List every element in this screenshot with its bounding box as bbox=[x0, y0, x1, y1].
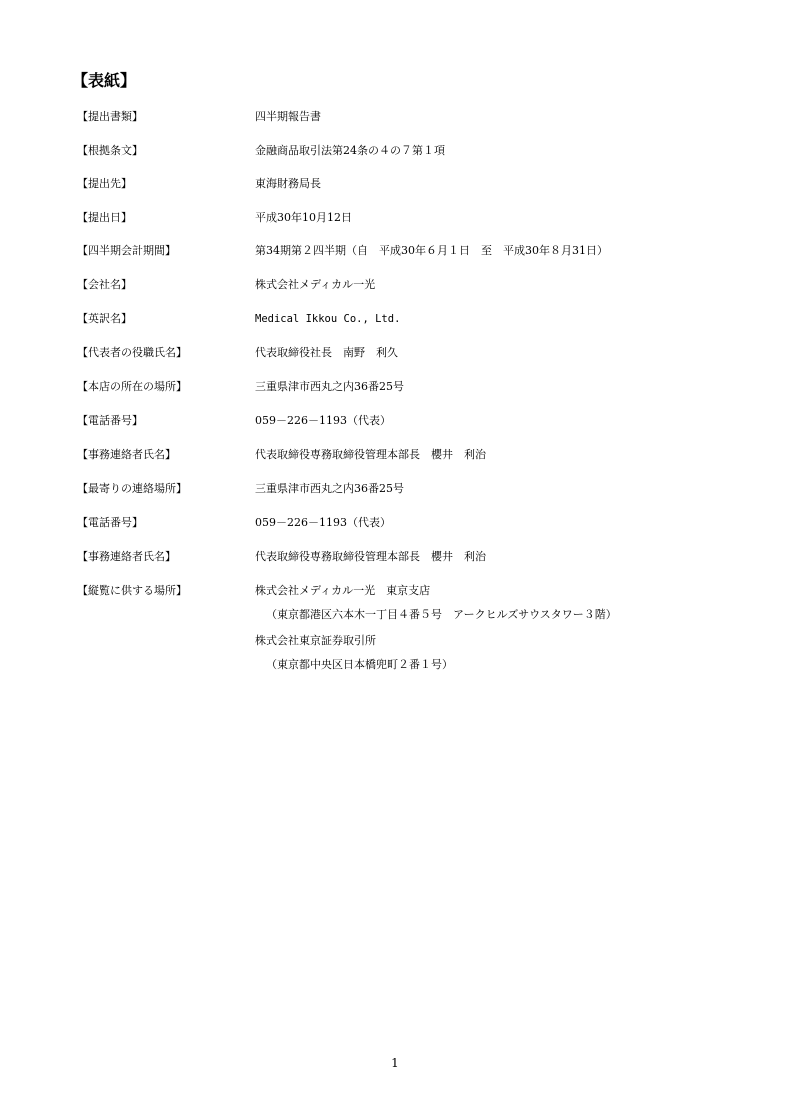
inspection-place-address: （東京都中央区日本橋兜町２番１号） bbox=[255, 658, 617, 672]
field-value: 三重県津市西丸之内36番25号 bbox=[255, 380, 404, 394]
field-value: 平成30年10月12日 bbox=[255, 211, 352, 225]
field-label: 【代表者の役職氏名】 bbox=[77, 346, 187, 360]
field-value: 三重県津市西丸之内36番25号 bbox=[255, 482, 404, 496]
field-value: 代表取締役専務取締役管理本部長 櫻井 利治 bbox=[255, 448, 486, 462]
field-label: 【会社名】 bbox=[77, 278, 132, 292]
inspection-place-name: 株式会社メディカル一光 東京支店 bbox=[255, 584, 617, 598]
field-value: Medical Ikkou Co., Ltd. bbox=[255, 312, 400, 326]
field-value: 第34期第２四半期（自 平成30年６月１日 至 平成30年８月31日） bbox=[255, 244, 608, 258]
field-value: 株式会社メディカル一光 東京支店 （東京都港区六本木一丁目４番５号 アークヒルズ… bbox=[255, 584, 617, 672]
field-label: 【四半期会計期間】 bbox=[77, 244, 176, 258]
field-label: 【提出書類】 bbox=[77, 110, 143, 124]
field-value: 059－226－1193（代表） bbox=[255, 516, 391, 530]
field-value: 代表取締役社長 南野 利久 bbox=[255, 346, 398, 360]
field-label: 【本店の所在の場所】 bbox=[77, 380, 187, 394]
field-value: 金融商品取引法第24条の４の７第１項 bbox=[255, 144, 445, 158]
field-label: 【最寄りの連絡場所】 bbox=[77, 482, 187, 496]
field-label: 【縦覧に供する場所】 bbox=[77, 584, 187, 598]
field-value: 059－226－1193（代表） bbox=[255, 414, 391, 428]
field-label: 【電話番号】 bbox=[77, 516, 143, 530]
field-label: 【根拠条文】 bbox=[77, 144, 143, 158]
field-value: 代表取締役専務取締役管理本部長 櫻井 利治 bbox=[255, 550, 486, 564]
spacer bbox=[255, 622, 617, 634]
field-label: 【提出日】 bbox=[77, 211, 132, 225]
inspection-place-name: 株式会社東京証券取引所 bbox=[255, 634, 617, 648]
inspection-place-address: （東京都港区六本木一丁目４番５号 アークヒルズサウスタワー３階） bbox=[255, 608, 617, 622]
field-label: 【提出先】 bbox=[77, 177, 132, 191]
page-title: 【表紙】 bbox=[72, 71, 136, 91]
field-value: 東海財務局長 bbox=[255, 177, 321, 191]
field-label: 【電話番号】 bbox=[77, 414, 143, 428]
field-value: 株式会社メディカル一光 bbox=[255, 278, 375, 292]
page-number: 1 bbox=[0, 1056, 790, 1070]
field-label: 【事務連絡者氏名】 bbox=[77, 448, 176, 462]
field-value: 四半期報告書 bbox=[255, 110, 321, 124]
field-label: 【英訳名】 bbox=[77, 312, 132, 326]
field-label: 【事務連絡者氏名】 bbox=[77, 550, 176, 564]
